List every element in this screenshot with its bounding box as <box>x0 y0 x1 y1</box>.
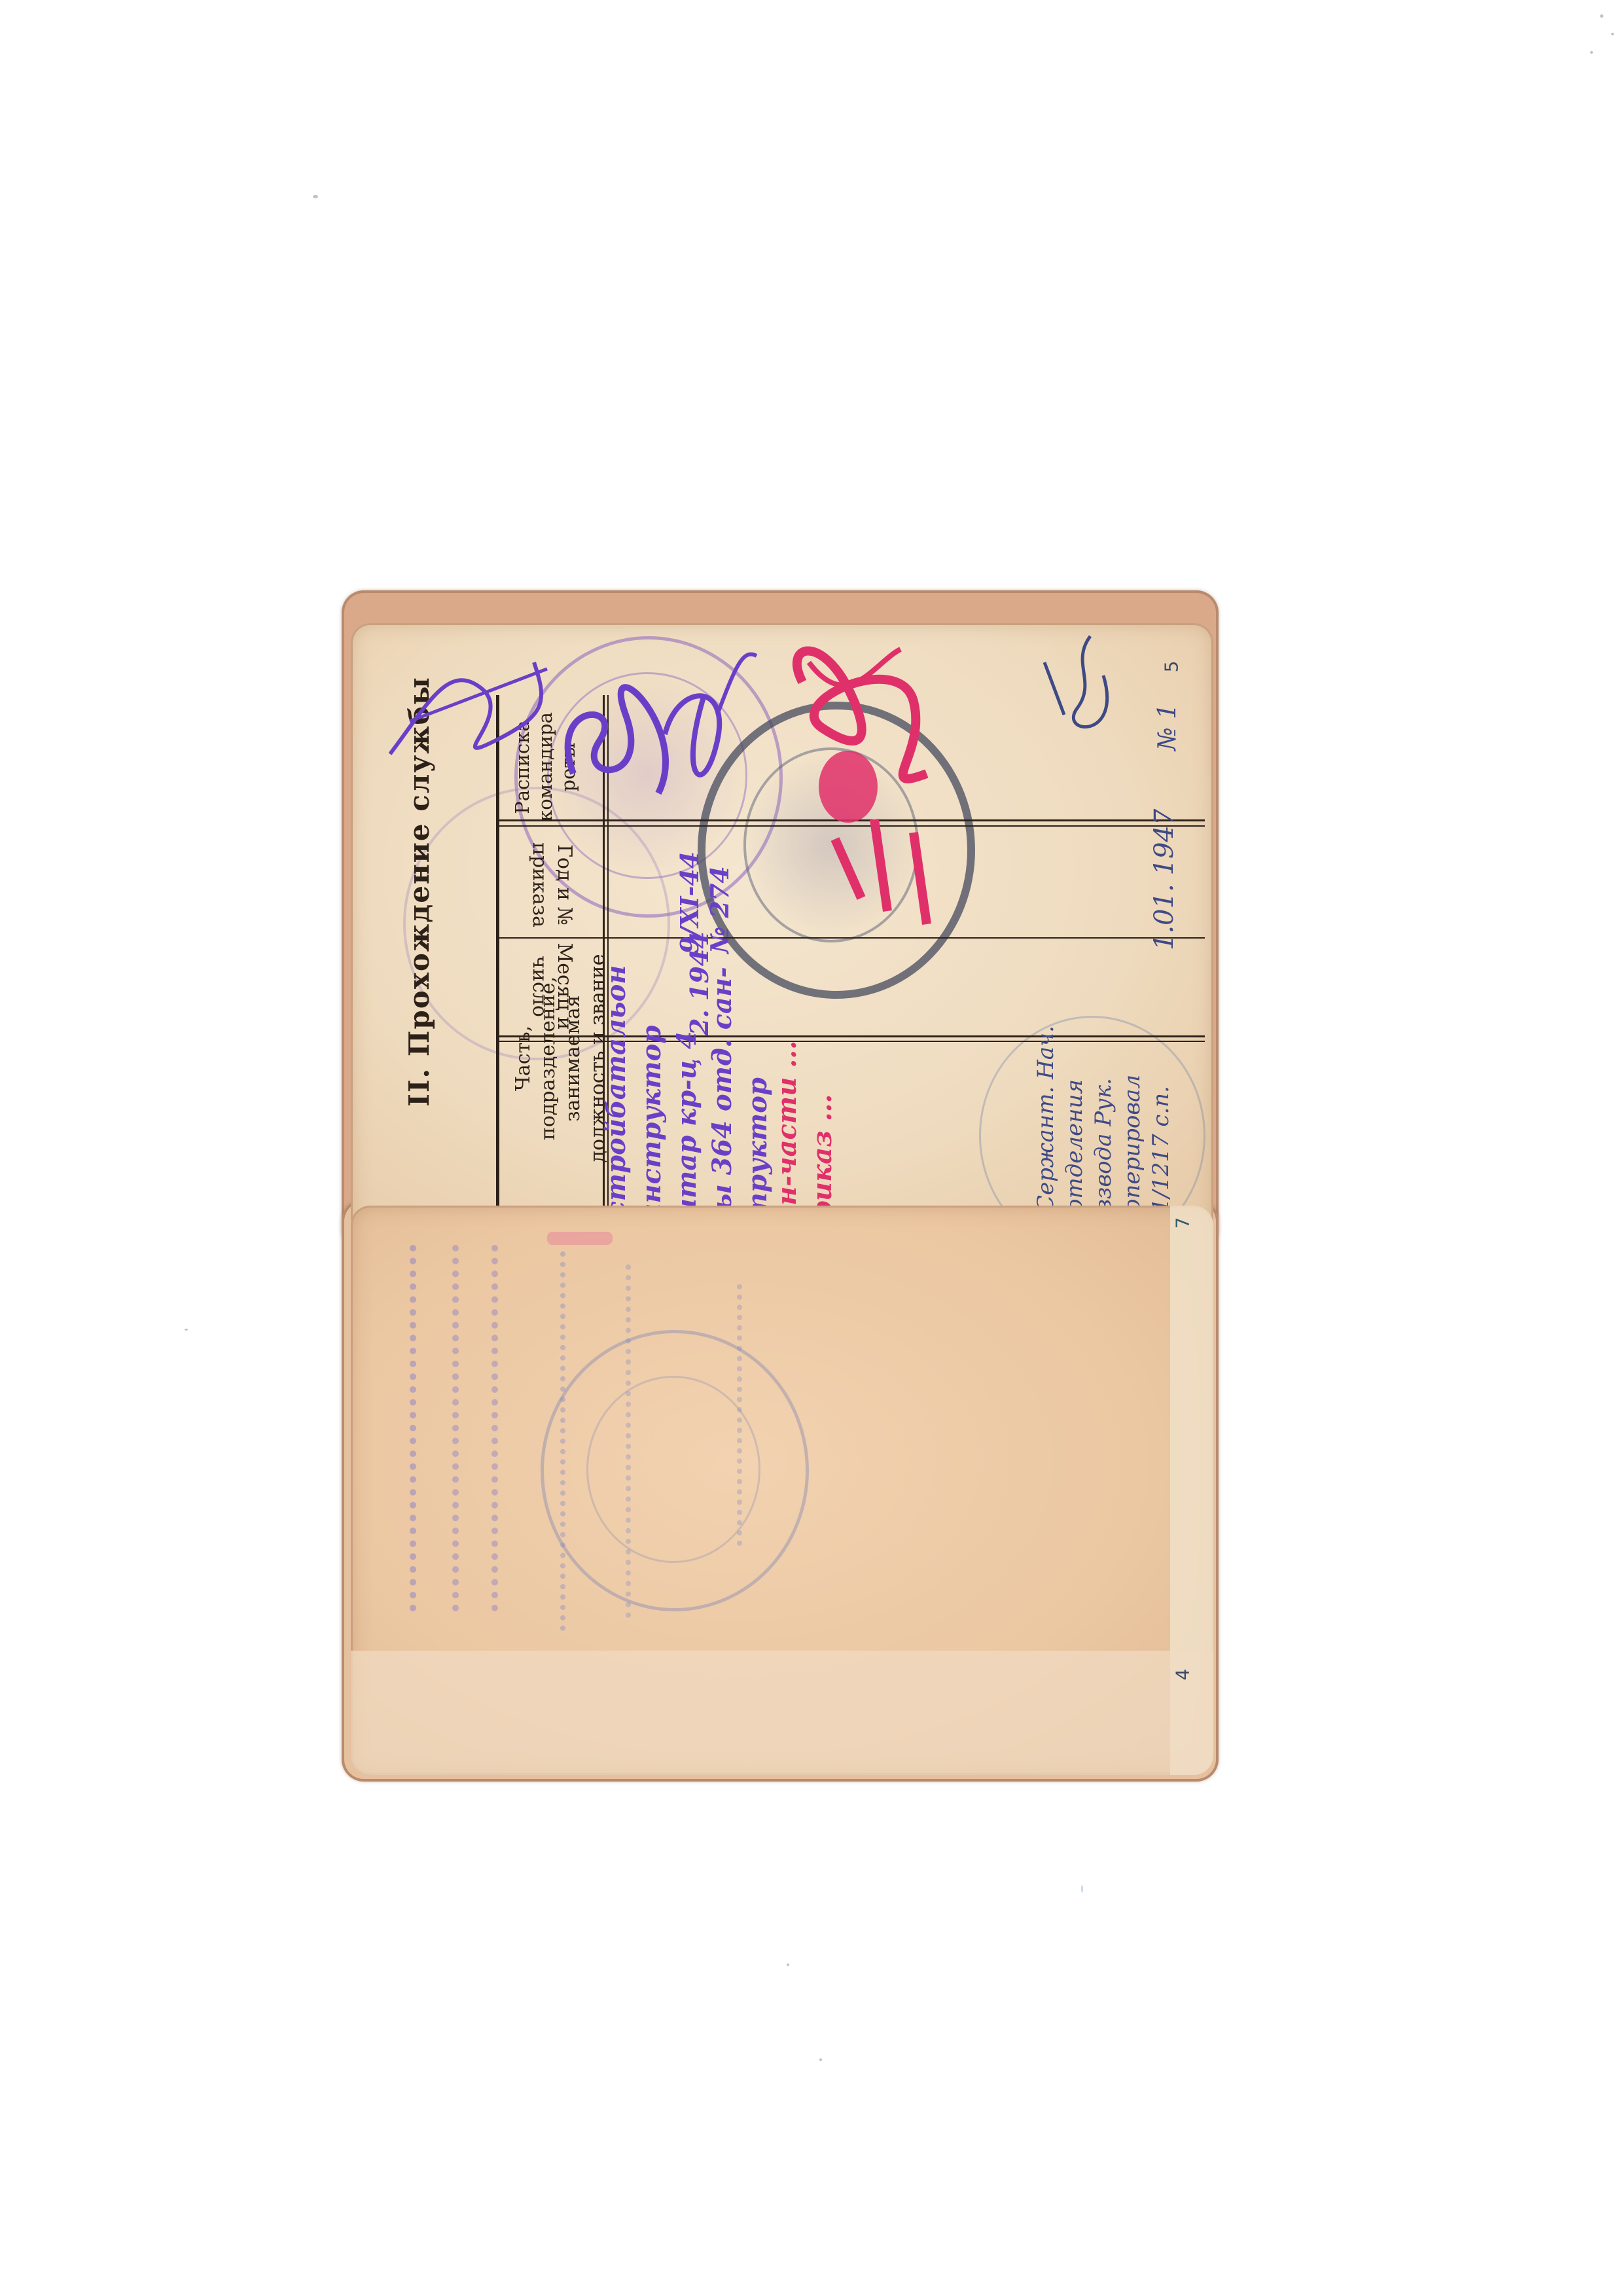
scan-speck <box>1600 14 1603 18</box>
service-booklet: II. Прохождение службы Часть, подразделе… <box>342 590 1225 1814</box>
page-marker-4: 4 <box>1171 1669 1193 1681</box>
bleed-through-text <box>351 1206 1213 1775</box>
pink-bleed-mark <box>547 1232 613 1245</box>
scan-speck <box>787 1964 789 1966</box>
scan-speck <box>313 195 318 198</box>
page-marker-7: 7 <box>1171 1217 1193 1229</box>
scan-speck <box>1611 33 1614 35</box>
page-number-5: 5 <box>1160 661 1182 673</box>
scan-speck <box>1081 1885 1083 1893</box>
upper-page: II. Прохождение службы Часть, подразделе… <box>351 623 1213 1237</box>
scan-speck <box>1590 51 1593 54</box>
scan-speck <box>185 1329 188 1331</box>
lower-page: 7 4 <box>351 1206 1213 1775</box>
entry-3-signature <box>351 623 1213 1237</box>
scan-speck <box>819 2058 822 2061</box>
